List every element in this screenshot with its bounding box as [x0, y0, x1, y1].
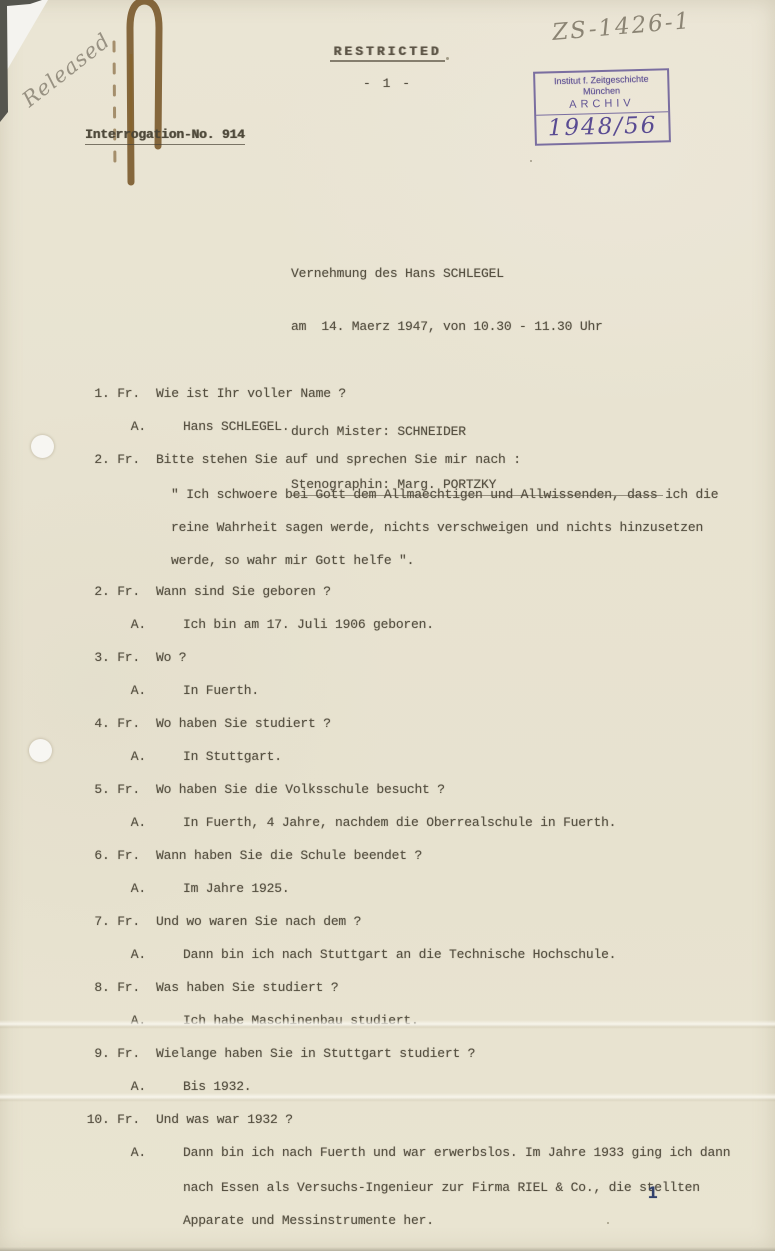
answer-text: In Stuttgart. — [146, 749, 775, 782]
qa-row: 8. Fr.Was haben Sie studiert ? — [0, 980, 775, 1013]
archive-stamp: Institut f. Zeitgeschichte München ARCHI… — [533, 68, 671, 146]
fold-crease-upper — [0, 1020, 775, 1029]
question-number: 9. Fr. — [0, 1046, 140, 1079]
qa-row: A.Ich habe Maschinenbau studiert. — [0, 1013, 775, 1046]
page-number-footer: 1 — [648, 1183, 657, 1203]
stamp-city-line: München — [583, 86, 620, 98]
question-text: Und was war 1932 ? — [140, 1112, 775, 1145]
qa-row: 7. Fr.Und wo waren Sie nach dem ? — [0, 914, 775, 947]
question-text: Wann sind Sie geboren ? — [140, 584, 775, 617]
question-text: Wielange haben Sie in Stuttgart studiert… — [140, 1046, 775, 1079]
question-text: Bitte stehen Sie auf und sprechen Sie mi… — [140, 452, 775, 485]
answer-text: Ich habe Maschinenbau studiert. — [146, 1013, 775, 1046]
classification-label: RESTRICTED — [330, 44, 444, 62]
question-number: 1. Fr. — [0, 386, 140, 419]
dust-speck — [446, 57, 449, 60]
answer-label: A. — [0, 1145, 146, 1178]
qa-row: 9. Fr.Wielange haben Sie in Stuttgart st… — [0, 1046, 775, 1079]
answer-continuation-text: nach Essen als Versuchs-Ingenieur zur Fi… — [183, 1180, 700, 1195]
question-text: Wo haben Sie studiert ? — [140, 716, 775, 749]
answer-text: Hans SCHLEGEL. — [146, 419, 775, 452]
question-text: Wo ? — [140, 650, 775, 683]
qa-row: A.In Fuerth, 4 Jahre, nachdem die Oberre… — [0, 815, 775, 848]
scan-bottom-edge — [0, 1247, 775, 1251]
answer-label: A. — [0, 419, 146, 452]
question-text: Und wo waren Sie nach dem ? — [140, 914, 775, 947]
answer-text: Dann bin ich nach Fuerth und war erwerbs… — [146, 1145, 775, 1178]
stamp-archiv-line: ARCHIV — [569, 97, 635, 112]
question-text: Wann haben Sie die Schule beendet ? — [140, 848, 775, 881]
answer-text: In Fuerth. — [146, 683, 775, 716]
qa-list: 1. Fr.Wie ist Ihr voller Name ?A.Hans SC… — [0, 386, 775, 1244]
qa-row: 1. Fr.Wie ist Ihr voller Name ? — [0, 386, 775, 419]
question-number: 8. Fr. — [0, 980, 140, 1013]
interrogation-number-title: Interrogation-No. 914 — [85, 127, 245, 145]
question-number: 5. Fr. — [0, 782, 140, 815]
qa-row: werde, so wahr mir Gott helfe ". — [0, 551, 775, 584]
qa-row: Apparate und Messinstrumente her. — [0, 1211, 775, 1244]
answer-label: A. — [0, 881, 146, 914]
qa-row: A.Ich bin am 17. Juli 1906 geboren. — [0, 617, 775, 650]
qa-row: nach Essen als Versuchs-Ingenieur zur Fi… — [0, 1178, 775, 1211]
session-subject-line: Vernehmung des Hans SCHLEGEL — [291, 265, 663, 283]
question-text: Wie ist Ihr voller Name ? — [140, 386, 775, 419]
qa-row: A.In Fuerth. — [0, 683, 775, 716]
paperclip-icon — [98, 0, 176, 186]
answer-label: A. — [0, 947, 146, 980]
question-number: 6. Fr. — [0, 848, 140, 881]
answer-text: In Fuerth, 4 Jahre, nachdem die Oberreal… — [146, 815, 775, 848]
question-continuation-text: reine Wahrheit sagen werde, nichts versc… — [171, 520, 703, 535]
answer-text: Ich bin am 17. Juli 1906 geboren. — [146, 617, 775, 650]
qa-row: reine Wahrheit sagen werde, nichts versc… — [0, 518, 775, 551]
qa-row: 4. Fr.Wo haben Sie studiert ? — [0, 716, 775, 749]
qa-row: A.Dann bin ich nach Stuttgart an die Tec… — [0, 947, 775, 980]
qa-row: 2. Fr.Bitte stehen Sie auf und sprechen … — [0, 452, 775, 485]
question-number: 4. Fr. — [0, 716, 140, 749]
question-text: Wo haben Sie die Volksschule besucht ? — [140, 782, 775, 815]
question-number: 10. Fr. — [0, 1112, 140, 1145]
qa-row: " Ich schwoere bei Gott dem Allmaechtige… — [0, 485, 775, 518]
punch-hole-top — [31, 435, 54, 458]
answer-label: A. — [0, 749, 146, 782]
answer-text: Im Jahre 1925. — [146, 881, 775, 914]
dust-speck — [607, 1222, 609, 1224]
dust-speck — [530, 160, 532, 162]
question-number: 3. Fr. — [0, 650, 140, 683]
handwritten-archive-ref: ZS-1426-1 — [551, 8, 692, 46]
answer-label: A. — [0, 1013, 146, 1046]
qa-row: A.Dann bin ich nach Fuerth und war erwer… — [0, 1145, 775, 1178]
question-number: 2. Fr. — [0, 452, 140, 485]
question-continuation-text: " Ich schwoere bei Gott dem Allmaechtige… — [171, 487, 718, 502]
qa-row: 10. Fr.Und was war 1932 ? — [0, 1112, 775, 1145]
answer-continuation-text: Apparate und Messinstrumente her. — [183, 1213, 434, 1228]
answer-text: Dann bin ich nach Stuttgart an die Techn… — [146, 947, 775, 980]
question-text: Was haben Sie studiert ? — [140, 980, 775, 1013]
qa-row: A.Hans SCHLEGEL. — [0, 419, 775, 452]
scanned-document-page: Released RESTRICTED - 1 - ZS-1426-1 Inst… — [0, 0, 775, 1251]
session-date-line: am 14. Maerz 1947, von 10.30 - 11.30 Uhr — [291, 318, 663, 336]
answer-label: A. — [0, 683, 146, 716]
answer-label: A. — [0, 815, 146, 848]
answer-label: A. — [0, 617, 146, 650]
fold-crease-lower — [0, 1093, 775, 1102]
qa-row: 2. Fr.Wann sind Sie geboren ? — [0, 584, 775, 617]
qa-row: A.Im Jahre 1925. — [0, 881, 775, 914]
qa-row: 3. Fr.Wo ? — [0, 650, 775, 683]
stamp-number: 1948/56 — [547, 113, 657, 142]
question-number: 7. Fr. — [0, 914, 140, 947]
question-continuation-text: werde, so wahr mir Gott helfe ". — [171, 553, 414, 568]
punch-hole-bottom — [29, 739, 52, 762]
qa-row: A.In Stuttgart. — [0, 749, 775, 782]
classification-header: RESTRICTED — [0, 42, 775, 60]
qa-row: 5. Fr.Wo haben Sie die Volksschule besuc… — [0, 782, 775, 815]
question-number: 2. Fr. — [0, 584, 140, 617]
qa-row: 6. Fr.Wann haben Sie die Schule beendet … — [0, 848, 775, 881]
